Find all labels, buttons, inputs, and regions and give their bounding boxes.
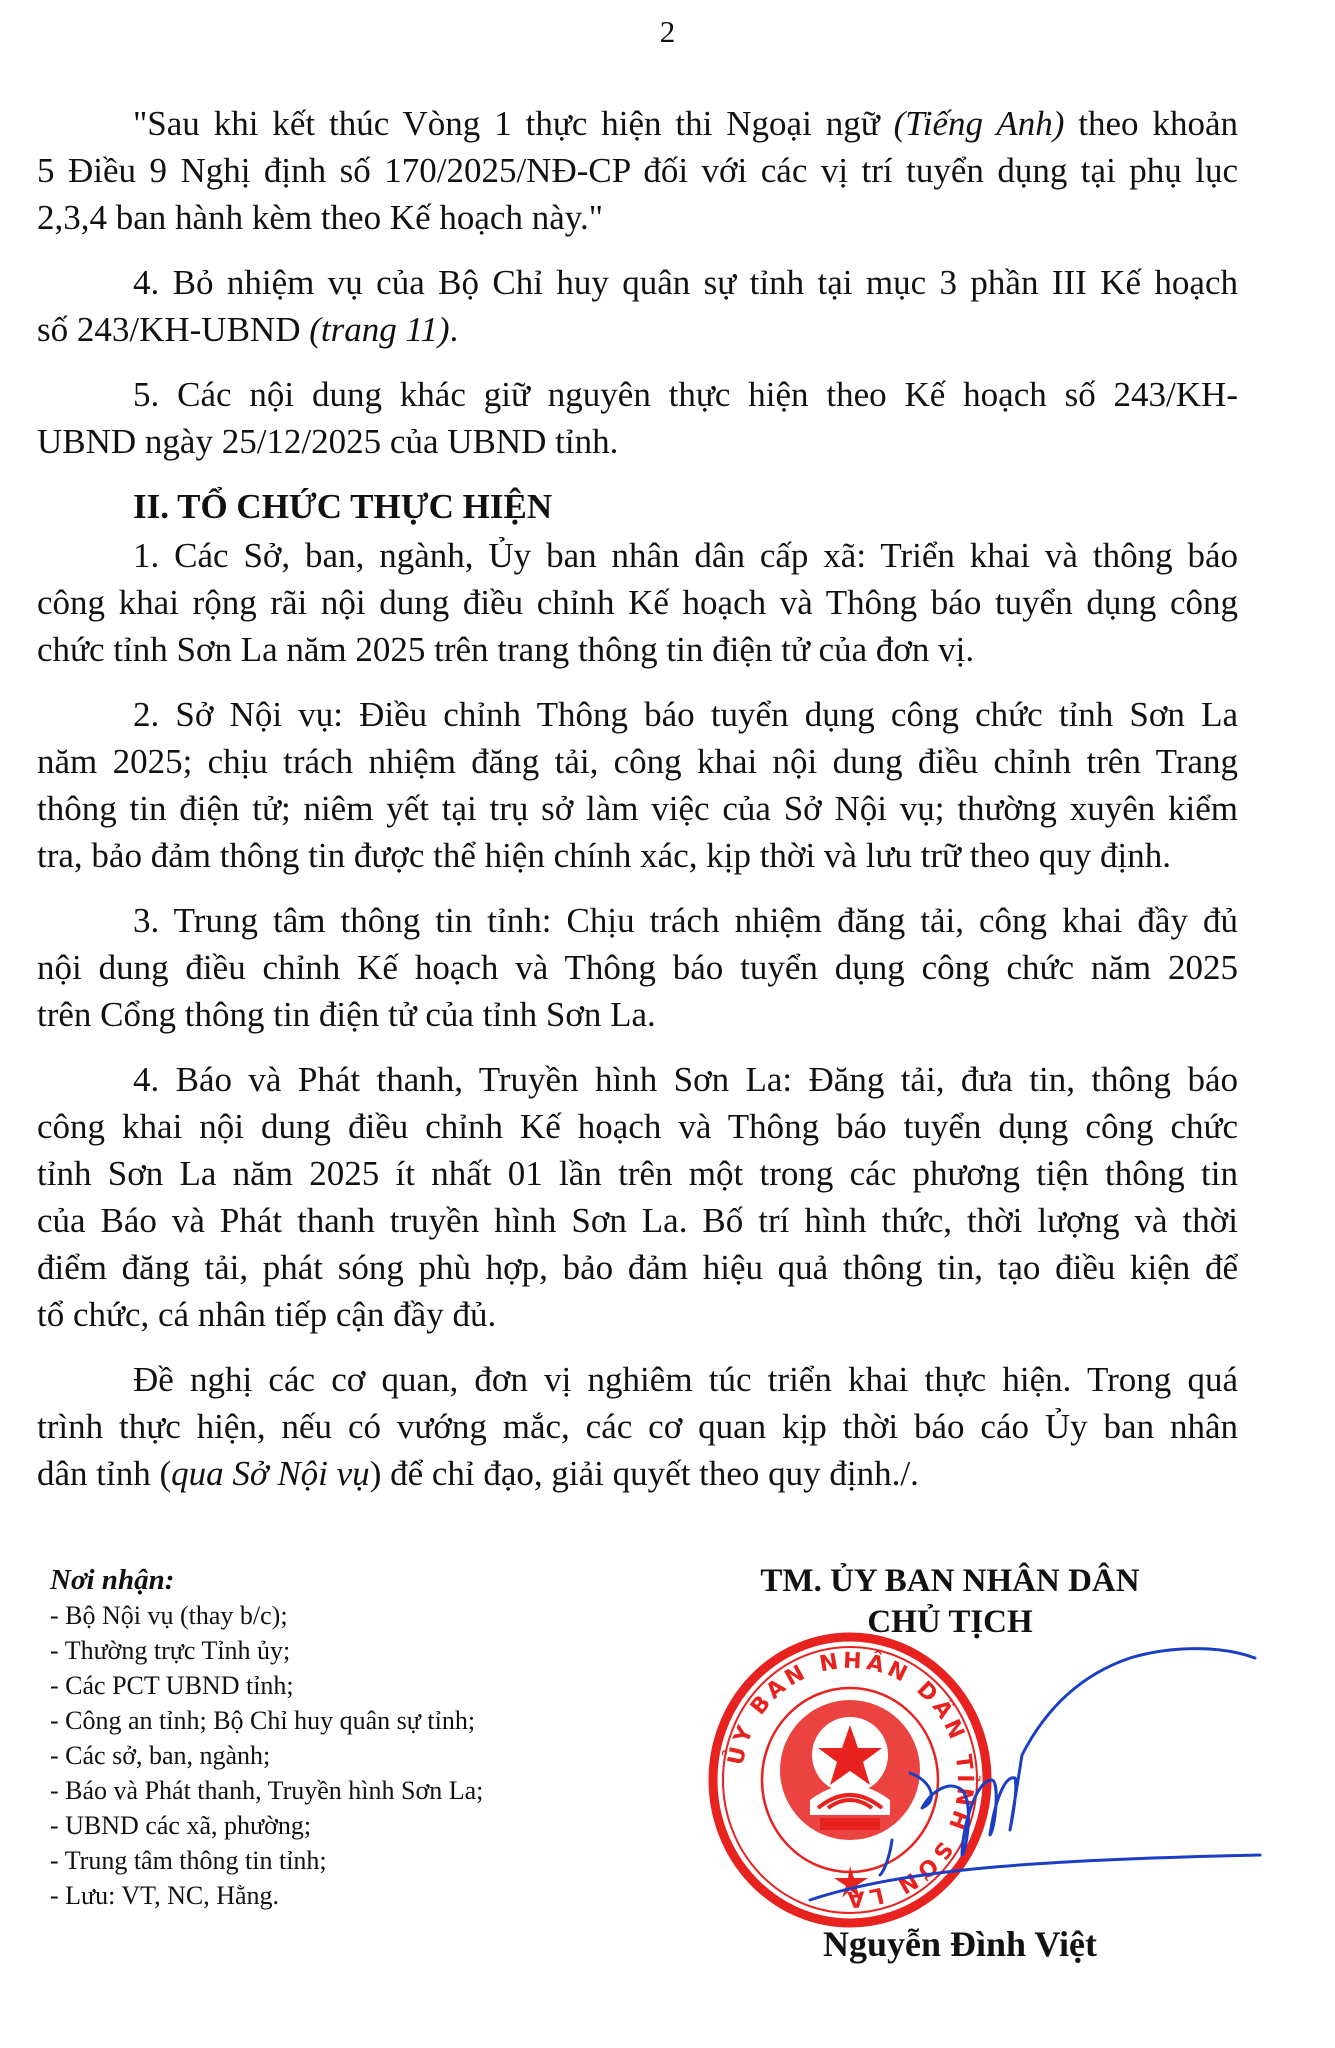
text-run: ) để chỉ đạo, giải quyết theo quy định./… [370, 1454, 919, 1493]
text-line: trên Cổng thông tin điện tử của tỉnh Sơn… [37, 991, 1238, 1038]
text-line: "Sau khi kết thúc Vòng 1 thực hiện thi N… [37, 100, 1238, 147]
recipient-item: - Các PCT UBND tỉnh; [50, 1668, 483, 1703]
paragraph: Đề nghị các cơ quan, đơn vị nghiêm túc t… [37, 1356, 1238, 1497]
text-line: 2,3,4 ban hành kèm theo Kế hoạch này." [37, 194, 1238, 241]
text-line: 2. Sở Nội vụ: Điều chỉnh Thông báo tuyển… [37, 691, 1238, 738]
paragraph: 4. Báo và Phát thanh, Truyền hình Sơn La… [37, 1056, 1238, 1338]
paragraph: 1. Các Sở, ban, ngành, Ủy ban nhân dân c… [37, 532, 1238, 673]
recipient-item: - Bộ Nội vụ (thay b/c); [50, 1598, 483, 1633]
text-line: tỉnh Sơn La năm 2025 ít nhất 01 lần trên… [37, 1150, 1238, 1197]
text-run: năm 2025; chịu trách nhiệm đăng tải, côn… [37, 742, 1238, 781]
text-run: 5. Các nội dung khác giữ nguyên thực hiệ… [133, 375, 1238, 414]
text-line: 5. Các nội dung khác giữ nguyên thực hiệ… [37, 371, 1238, 418]
handwritten-signature [700, 1630, 1335, 1950]
italic-text: qua Sở Nội vụ [171, 1454, 370, 1493]
recipient-item: - Công an tỉnh; Bộ Chỉ huy quân sự tỉnh; [50, 1703, 483, 1738]
document-body: "Sau khi kết thúc Vòng 1 thực hiện thi N… [37, 100, 1238, 1515]
recipients-block: Nơi nhận: - Bộ Nội vụ (thay b/c); - Thườ… [50, 1562, 483, 1913]
text-run: . [450, 310, 459, 349]
text-line: 3. Trung tâm thông tin tỉnh: Chịu trách … [37, 897, 1238, 944]
text-line: 4. Bỏ nhiệm vụ của Bộ Chỉ huy quân sự tỉ… [37, 259, 1238, 306]
text-run: công khai rộng rãi nội dung điều chỉnh K… [37, 583, 1238, 622]
recipient-item: - Các sở, ban, ngành; [50, 1738, 483, 1773]
text-line: nội dung điều chỉnh Kế hoạch và Thông bá… [37, 944, 1238, 991]
text-line: tổ chức, cá nhân tiếp cận đầy đủ. [37, 1291, 1238, 1338]
text-run: 1. Các Sở, ban, ngành, Ủy ban nhân dân c… [133, 536, 1238, 575]
paragraph: 2. Sở Nội vụ: Điều chỉnh Thông báo tuyển… [37, 691, 1238, 879]
text-run: trên Cổng thông tin điện tử của tỉnh Sơn… [37, 995, 656, 1034]
text-run: trình thực hiện, nếu có vướng mắc, các c… [37, 1407, 1238, 1446]
text-run: số 243/KH-UBND [37, 310, 309, 349]
text-line: điểm đăng tải, phát sóng phù hợp, bảo đả… [37, 1244, 1238, 1291]
text-run: 4. Bỏ nhiệm vụ của Bộ Chỉ huy quân sự tỉ… [133, 263, 1238, 302]
text-run: UBND ngày 25/12/2025 của UBND tỉnh. [37, 422, 618, 461]
text-line: của Báo và Phát thanh truyền hình Sơn La… [37, 1197, 1238, 1244]
recipient-item: - UBND các xã, phường; [50, 1808, 483, 1843]
italic-text: (trang 11) [309, 310, 449, 349]
text-run: tra, bảo đảm thông tin được thể hiện chí… [37, 836, 1171, 875]
text-run: 2,3,4 ban hành kèm theo Kế hoạch này." [37, 198, 603, 237]
recipient-item: - Báo và Phát thanh, Truyền hình Sơn La; [50, 1773, 483, 1808]
text-line: 4. Báo và Phát thanh, Truyền hình Sơn La… [37, 1056, 1238, 1103]
text-line: tra, bảo đảm thông tin được thể hiện chí… [37, 832, 1238, 879]
signing-organization: TM. ỦY BAN NHÂN DÂN [700, 1560, 1200, 1602]
text-run: thông tin điện tử; niêm yết tại trụ sở l… [37, 789, 1238, 828]
text-run: "Sau khi kết thúc Vòng 1 thực hiện thi N… [133, 104, 894, 143]
text-run: 3. Trung tâm thông tin tỉnh: Chịu trách … [133, 901, 1238, 940]
text-line: 5 Điều 9 Nghị định số 170/2025/NĐ-CP đối… [37, 147, 1238, 194]
paragraph: "Sau khi kết thúc Vòng 1 thực hiện thi N… [37, 100, 1238, 241]
recipient-item: - Trung tâm thông tin tỉnh; [50, 1843, 483, 1878]
text-line: 1. Các Sở, ban, ngành, Ủy ban nhân dân c… [37, 532, 1238, 579]
paragraph: 4. Bỏ nhiệm vụ của Bộ Chỉ huy quân sự tỉ… [37, 259, 1238, 353]
paragraph: 5. Các nội dung khác giữ nguyên thực hiệ… [37, 371, 1238, 465]
text-run: theo khoản [1064, 104, 1238, 143]
text-run: Đề nghị các cơ quan, đơn vị nghiêm túc t… [133, 1360, 1238, 1399]
text-run: dân tỉnh ( [37, 1454, 171, 1493]
text-run: công khai nội dung điều chỉnh Kế hoạch v… [37, 1107, 1238, 1146]
signer-name: Nguyễn Đình Việt [700, 1920, 1220, 1968]
text-run: 5 Điều 9 Nghị định số 170/2025/NĐ-CP đối… [37, 151, 1238, 190]
text-line: công khai rộng rãi nội dung điều chỉnh K… [37, 579, 1238, 626]
paragraph: 3. Trung tâm thông tin tỉnh: Chịu trách … [37, 897, 1238, 1038]
text-line: năm 2025; chịu trách nhiệm đăng tải, côn… [37, 738, 1238, 785]
text-line: chức tỉnh Sơn La năm 2025 trên trang thô… [37, 626, 1238, 673]
text-run: điểm đăng tải, phát sóng phù hợp, bảo đả… [37, 1248, 1238, 1287]
text-line: Đề nghị các cơ quan, đơn vị nghiêm túc t… [37, 1356, 1238, 1403]
text-line: công khai nội dung điều chỉnh Kế hoạch v… [37, 1103, 1238, 1150]
text-line: UBND ngày 25/12/2025 của UBND tỉnh. [37, 418, 1238, 465]
recipient-item: - Lưu: VT, NC, Hằng. [50, 1878, 483, 1913]
italic-text: (Tiếng Anh) [894, 104, 1065, 143]
text-run: tỉnh Sơn La năm 2025 ít nhất 01 lần trên… [37, 1154, 1238, 1193]
text-run: nội dung điều chỉnh Kế hoạch và Thông bá… [37, 948, 1238, 987]
text-line: thông tin điện tử; niêm yết tại trụ sở l… [37, 785, 1238, 832]
text-line: dân tỉnh (qua Sở Nội vụ) để chỉ đạo, giả… [37, 1450, 1238, 1497]
text-run: 4. Báo và Phát thanh, Truyền hình Sơn La… [133, 1060, 1238, 1099]
section-heading: II. TỔ CHỨC THỰC HIỆN [37, 483, 1238, 530]
recipients-title: Nơi nhận: [50, 1562, 483, 1598]
text-run: tổ chức, cá nhân tiếp cận đầy đủ. [37, 1295, 496, 1334]
text-run: 2. Sở Nội vụ: Điều chỉnh Thông báo tuyển… [133, 695, 1238, 734]
text-line: trình thực hiện, nếu có vướng mắc, các c… [37, 1403, 1238, 1450]
recipient-item: - Thường trực Tỉnh ủy; [50, 1633, 483, 1668]
text-run: chức tỉnh Sơn La năm 2025 trên trang thô… [37, 630, 974, 669]
text-line: số 243/KH-UBND (trang 11). [37, 306, 1238, 353]
page-number: 2 [0, 14, 1335, 50]
text-run: của Báo và Phát thanh truyền hình Sơn La… [37, 1201, 1238, 1240]
